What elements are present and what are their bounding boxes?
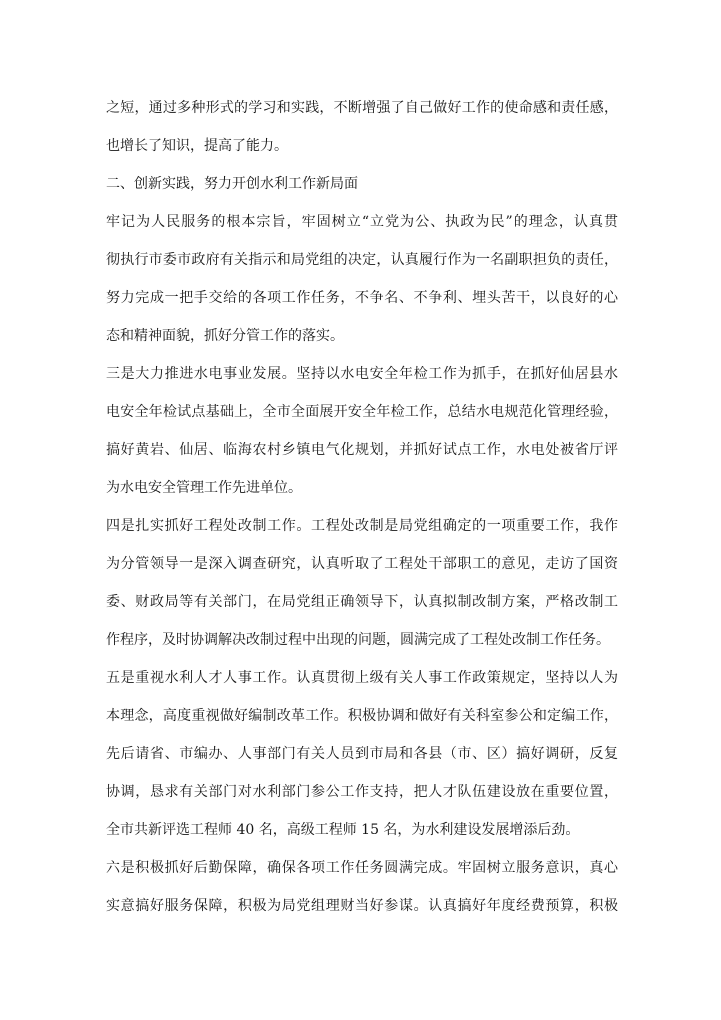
text-line: 也增长了知识，提高了能力。 [106, 127, 618, 165]
text-line: 四是扎实抓好工程处改制工作。工程处改制是局党组确定的一项重要工作，我作 [106, 507, 618, 545]
text-line: 协调，恳求有关部门对水利部门参公工作支持，把人才队伍建设放在重要位置， [106, 773, 618, 811]
text-line: 三是大力推进水电事业发展。坚持以水电安全年检工作为抓手，在抓好仙居县水 [106, 355, 618, 393]
text-line: 作程序，及时协调解决改制过程中出现的问题，圆满完成了工程处改制工作任务。 [106, 621, 618, 659]
text-line: 为水电安全管理工作先进单位。 [106, 469, 618, 507]
text-line: 态和精神面貌，抓好分管工作的落实。 [106, 317, 618, 355]
text-line: 为分管领导一是深入调查研究，认真听取了工程处干部职工的意见，走访了国资 [106, 545, 618, 583]
text-line: 电安全年检试点基础上，全市全面展开安全年检工作，总结水电规范化管理经验， [106, 393, 618, 431]
text-line: 牢记为人民服务的根本宗旨，牢固树立“立党为公、执政为民”的理念，认真贯 [106, 203, 618, 241]
text-line: 努力完成一把手交给的各项工作任务，不争名、不争利、埋头苦干，以良好的心 [106, 279, 618, 317]
text-line: 本理念，高度重视做好编制改革工作。积极协调和做好有关科室参公和定编工作， [106, 697, 618, 735]
text-line: 先后请省、市编办、人事部门有关人员到市局和各县（市、区）搞好调研，反复 [106, 735, 618, 773]
text-line: 二、创新实践，努力开创水利工作新局面 [106, 165, 618, 203]
text-line: 实意搞好服务保障，积极为局党组理财当好参谋。认真搞好年度经费预算，积极 [106, 887, 618, 925]
text-line: 彻执行市委市政府有关指示和局党组的决定，认真履行作为一名副职担负的责任， [106, 241, 618, 279]
text-line: 全市共新评选工程师 40 名，高级工程师 15 名，为水利建设发展增添后劲。 [106, 811, 618, 849]
text-line: 搞好黄岩、仙居、临海农村乡镇电气化规划，并抓好试点工作，水电处被省厅评 [106, 431, 618, 469]
text-line: 委、财政局等有关部门，在局党组正确领导下，认真拟制改制方案，严格改制工 [106, 583, 618, 621]
text-line: 六是积极抓好后勤保障，确保各项工作任务圆满完成。牢固树立服务意识，真心 [106, 849, 618, 887]
text-line: 之短，通过多种形式的学习和实践，不断增强了自己做好工作的使命感和责任感， [106, 89, 618, 127]
document-page: 之短，通过多种形式的学习和实践，不断增强了自己做好工作的使命感和责任感，也增长了… [0, 0, 721, 1020]
text-line: 五是重视水利人才人事工作。认真贯彻上级有关人事工作政策规定，坚持以人为 [106, 659, 618, 697]
document-text-block: 之短，通过多种形式的学习和实践，不断增强了自己做好工作的使命感和责任感，也增长了… [106, 89, 618, 925]
